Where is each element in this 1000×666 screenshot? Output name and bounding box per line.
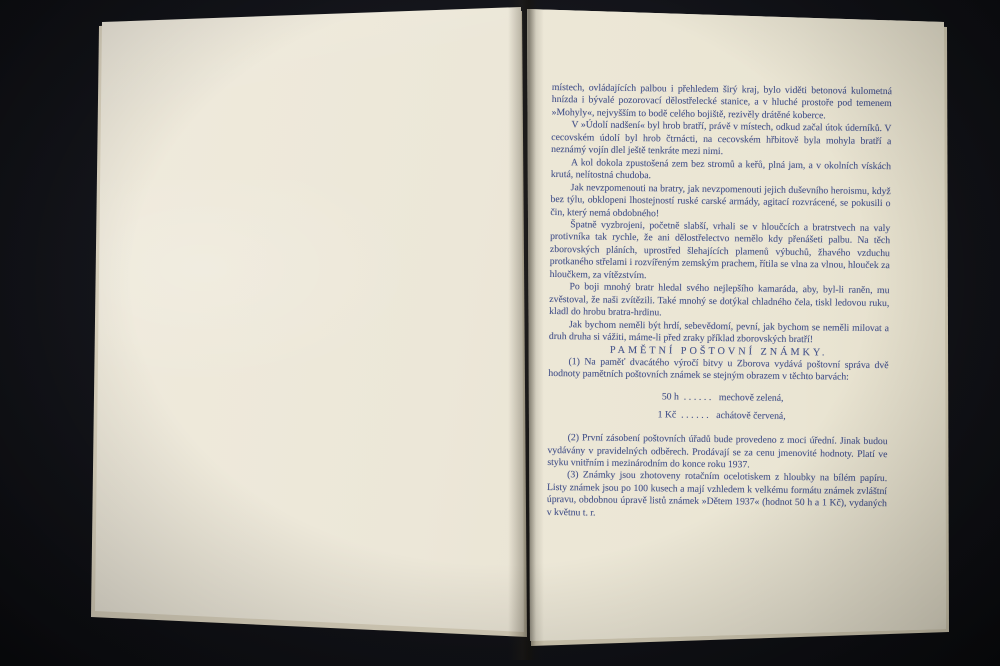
stamp-list: 50 h ...... mechově zelená, 1 Kč ...... …	[548, 387, 888, 428]
left-page-sheen	[100, 180, 440, 400]
stamp-color-name: mechově zelená,	[719, 389, 784, 408]
body-paragraph: (3) Známky jsou zhotoveny rotačním ocelo…	[547, 469, 888, 523]
stamp-dots: ......	[684, 389, 714, 408]
body-paragraph: (1) Na paměť dvacátého výročí bitvy u Zb…	[548, 356, 888, 385]
stamp-value: 50 h	[653, 388, 679, 407]
stamp-color-name: achátově červená,	[716, 408, 786, 427]
stamp-dots: ......	[681, 407, 711, 426]
stamp-value: 1 Kč	[650, 407, 676, 426]
body-paragraph: Po boji mnohý bratr hledal svého nejlepš…	[549, 281, 889, 323]
body-paragraph: (2) První zásobení poštovních úřadů bude…	[547, 432, 887, 474]
body-paragraph: V »Údolí nadšení« byl hrob bratří, právě…	[551, 119, 891, 161]
body-paragraph: Jak nevzpomenouti na bratry, jak nevzpom…	[550, 182, 890, 224]
text-column: místech, ovládajících palbou i přehledem…	[547, 82, 892, 523]
body-paragraph: místech, ovládajících palbou i přehledem…	[552, 82, 892, 124]
body-paragraph: Jak bychom neměli být hrdí, sebevědomí, …	[549, 319, 889, 348]
photo-background: místech, ovládajících palbou i přehledem…	[0, 0, 1000, 666]
body-paragraph: Špatně vyzbrojeni, početně slabší, vrhal…	[550, 219, 891, 285]
stamp-list-row: 1 Kč ...... achátově červená,	[548, 405, 888, 428]
body-paragraph: A kol dokola zpustošená zem bez stromů a…	[551, 157, 891, 186]
